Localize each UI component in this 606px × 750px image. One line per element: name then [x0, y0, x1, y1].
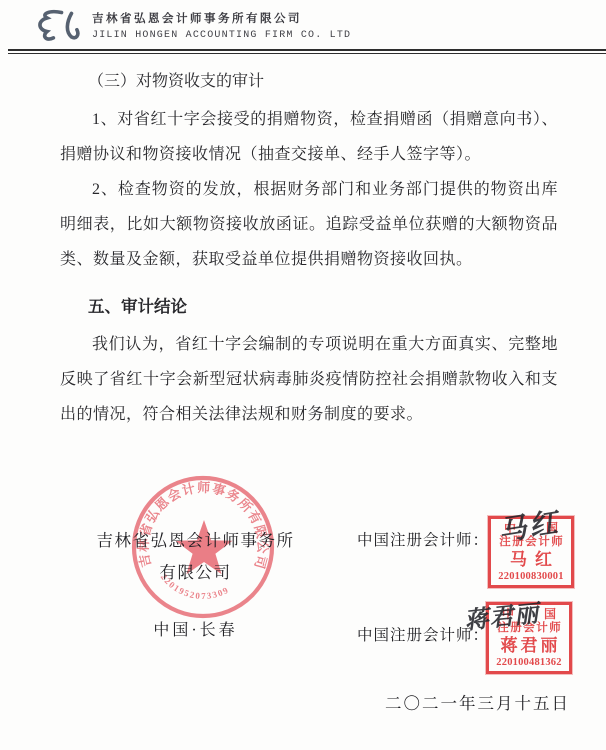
- cpa-seal-2-title: 注册会计师: [497, 621, 562, 635]
- cpa-seal-1-name: 马红: [510, 549, 560, 570]
- svg-text:吉林省弘恩会计师事务所有限公司: 吉林省弘恩会计师事务所有限公司: [136, 480, 270, 572]
- cpa-handwritten-signature-2: 蒋君丽: [462, 593, 540, 636]
- section-heading-audit-conclusion: 五、审计结论: [60, 295, 558, 319]
- letterhead-names: 吉林省弘恩会计师事务所有限公司 JILIN HONGEN ACCOUNTING …: [92, 8, 351, 41]
- cpa-seal-2-country: 中国: [502, 608, 586, 621]
- company-name-en: JILIN HONGEN ACCOUNTING FIRM CO. LTD: [92, 30, 351, 41]
- paragraph-materials-distribution: 2、检查物资的发放，根据财务部门和业务部门提供的物资出库明细表，比如大额物资接收…: [60, 172, 558, 277]
- firm-seal-ring-text: 吉林省弘恩会计师事务所有限公司: [136, 480, 270, 572]
- section-heading-materials-audit: （三）对物资收支的审计: [60, 70, 558, 94]
- firm-name-line2: 有限公司: [88, 559, 303, 583]
- cpa-seal-2-serial: 220100481362: [496, 656, 561, 669]
- svg-text:2201952073309: 2201952073309: [159, 572, 231, 601]
- cpa-seal-1: 中国 注册会计师 马红 220100830001: [488, 516, 574, 588]
- company-name-cn: 吉林省弘恩会计师事务所有限公司: [92, 10, 351, 26]
- cpa-seal-2-name: 蒋君丽: [501, 635, 561, 656]
- cpa-label-2: 中国注册会计师：: [357, 623, 489, 645]
- firm-round-seal: 吉林省弘恩会计师事务所有限公司 2201952073309: [128, 472, 278, 622]
- cpa-seal-2: 中国 注册会计师 蒋君丽 220100481362: [486, 602, 572, 674]
- paragraph-donated-materials: 1、对省红十字会接受的捐赠物资，检查捐赠函（捐赠意向书）、捐赠协议和物资接收情况…: [60, 102, 558, 172]
- firm-name-line1: 吉林省弘恩会计师事务所: [88, 527, 303, 551]
- cpa-label-1: 中国注册会计师：: [357, 528, 489, 550]
- cpa-handwritten-signature-1: 马红: [495, 500, 563, 549]
- cpa-seal-1-country: 中国: [504, 522, 588, 535]
- letterhead: 吉林省弘恩会计师事务所有限公司 JILIN HONGEN ACCOUNTING …: [0, 0, 606, 46]
- document-body: （三）对物资收支的审计 1、对省红十字会接受的捐赠物资，检查捐赠函（捐赠意向书）…: [0, 54, 606, 432]
- audit-report-page: 吉林省弘恩会计师事务所有限公司 JILIN HONGEN ACCOUNTING …: [0, 0, 606, 750]
- paragraph-conclusion: 我们认为，省红十字会编制的专项说明在重大方面真实、完整地反映了省红十字会新型冠状…: [60, 327, 558, 432]
- firm-seal-serial: 2201952073309: [159, 572, 231, 601]
- firm-location: 中国·长春: [88, 617, 303, 640]
- firm-logo-icon: [34, 8, 80, 46]
- cpa-seal-1-serial: 220100830001: [498, 570, 563, 583]
- cpa-seal-1-title: 注册会计师: [499, 535, 564, 549]
- report-date: 二〇二一年三月十五日: [350, 690, 570, 714]
- star-icon: [176, 520, 233, 574]
- seal-ring: [134, 478, 272, 616]
